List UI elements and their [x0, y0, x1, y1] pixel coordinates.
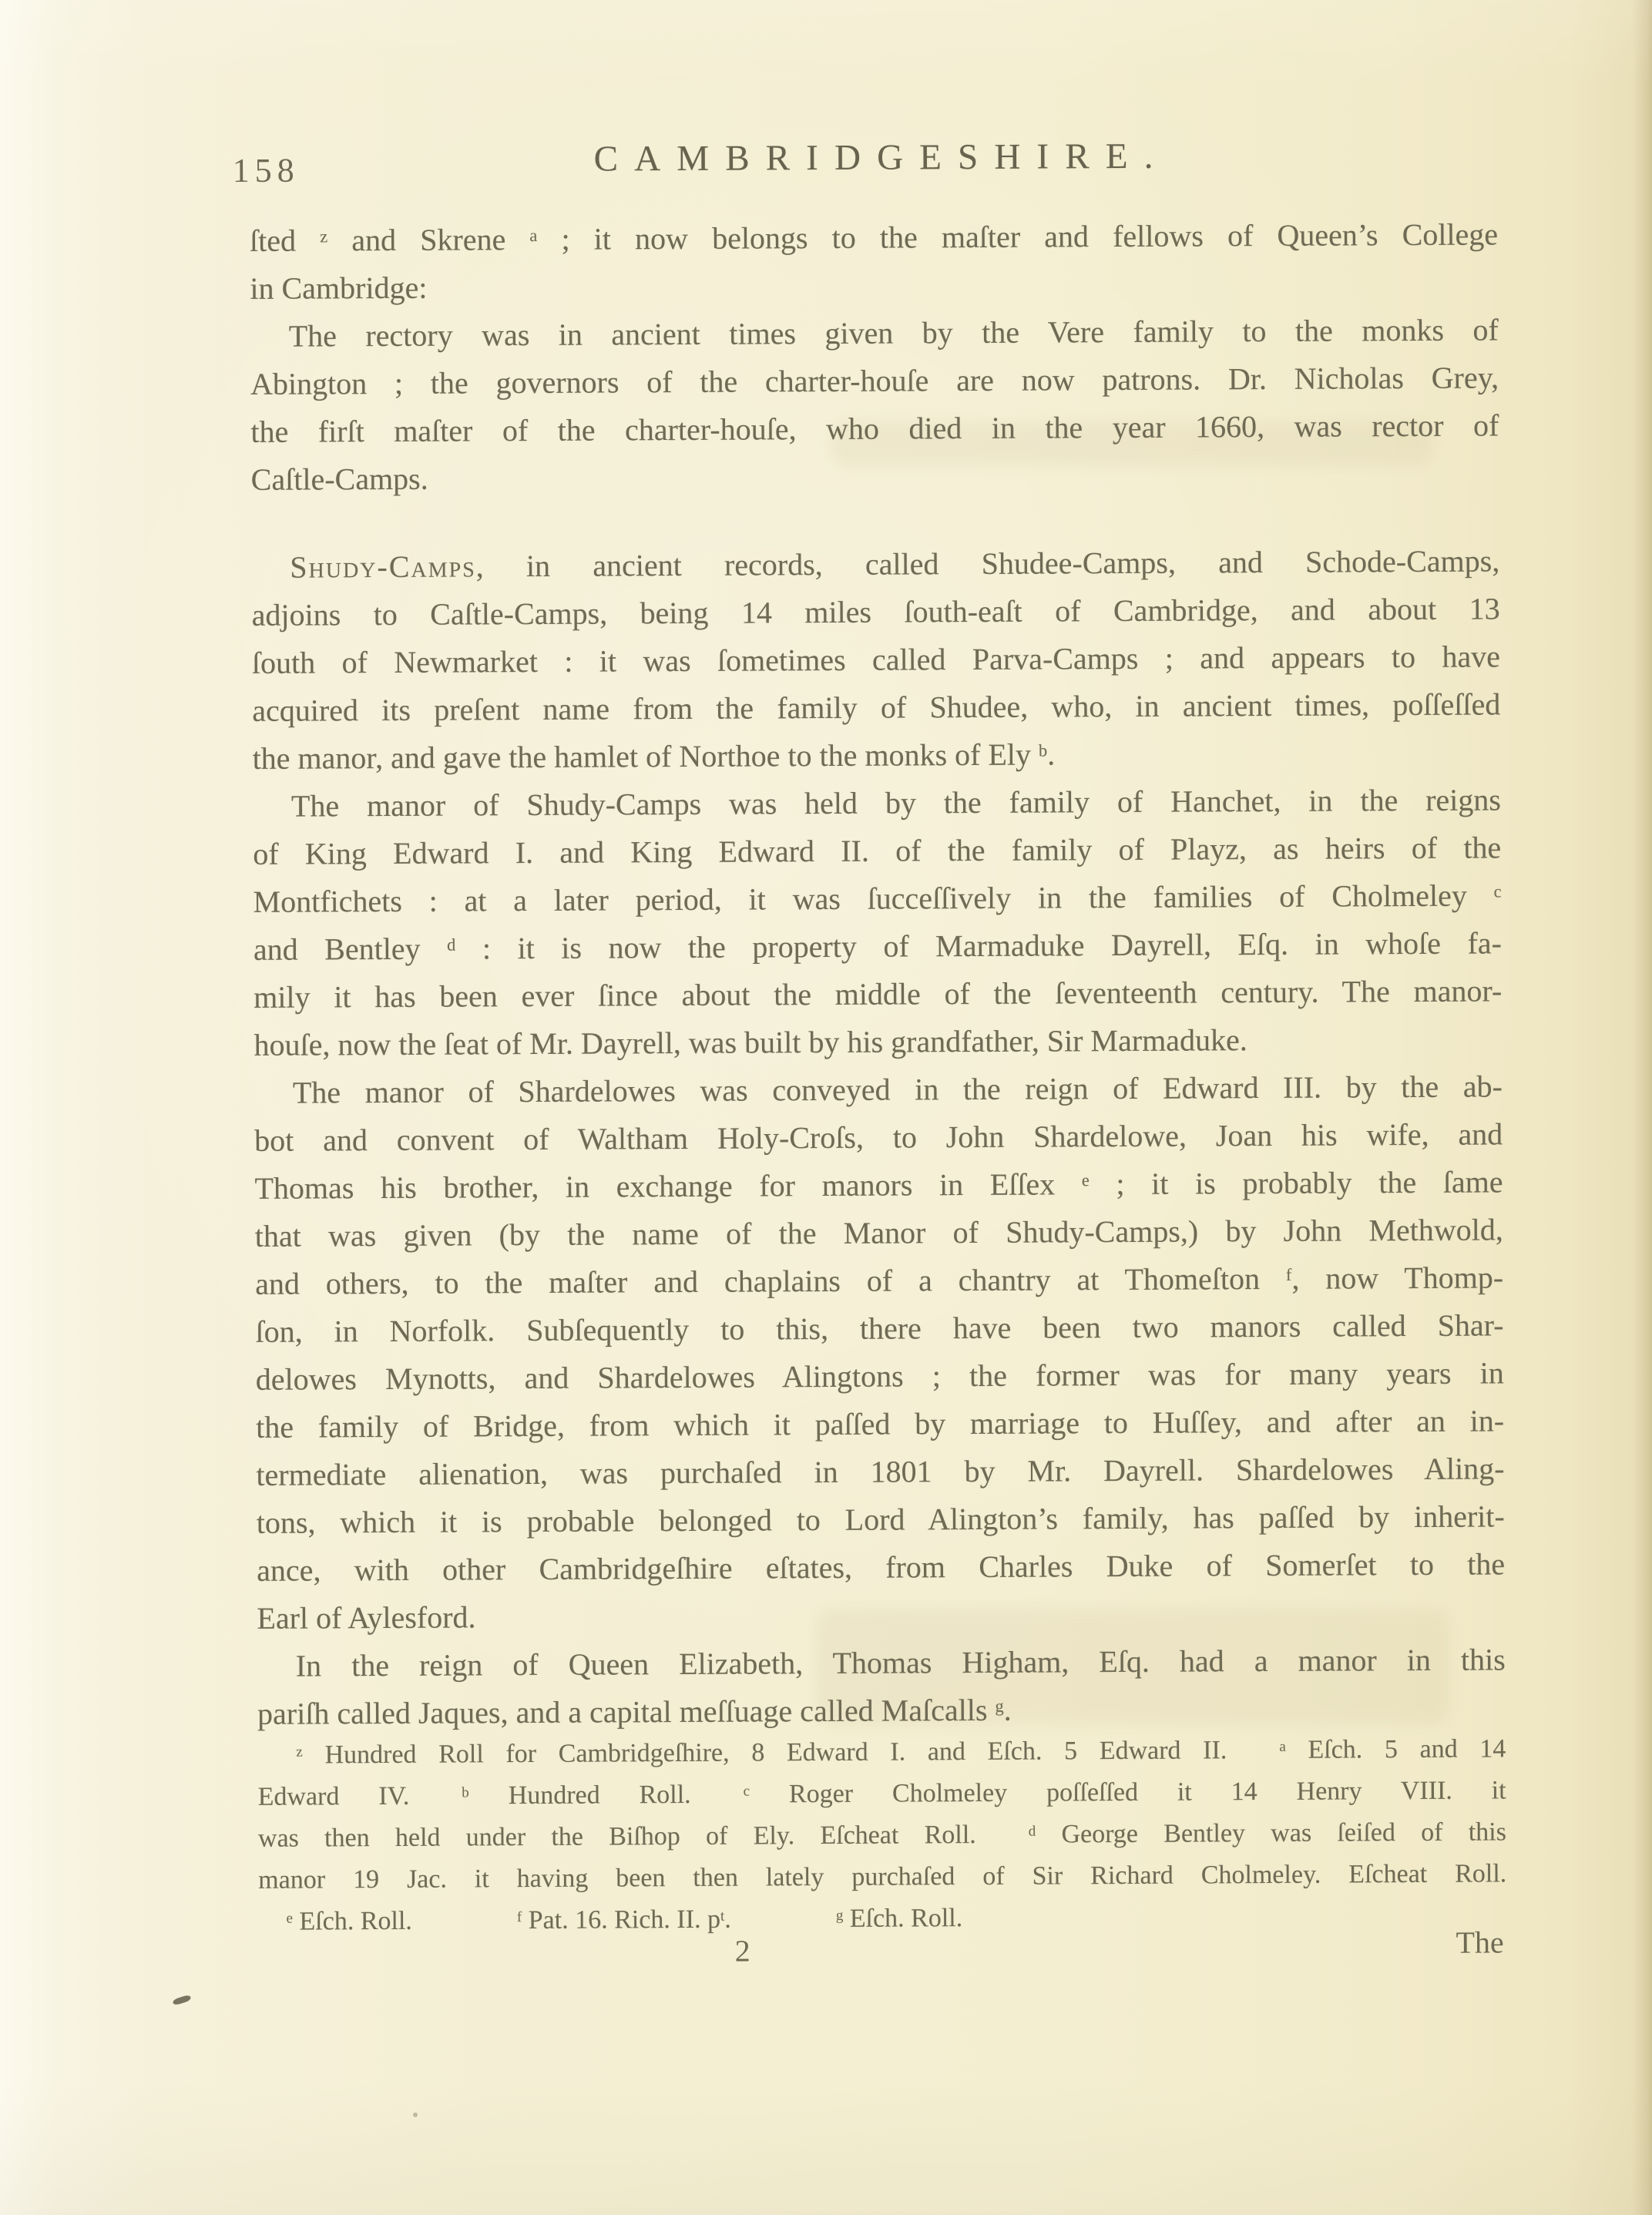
text-line: Shudy-Camps, in ancient records, called …	[251, 537, 1499, 591]
paragraph-shudy-camps: Shudy-Camps, in ancient records, called …	[251, 537, 1501, 782]
paper-speck	[413, 2113, 418, 2117]
text-line: The rectory was in ancient times given b…	[250, 306, 1499, 360]
text-line: and Bentley d : it is now the property o…	[254, 919, 1502, 973]
text-line: ſouth of Newmarket : it was ſometimes ca…	[252, 633, 1500, 686]
footnote-line: Edward IV. b Hundred Roll. c Roger Cholm…	[258, 1770, 1506, 1817]
signature-line: 2 The	[259, 1928, 1507, 1982]
running-title: CAMBRIDGESHIRE.	[249, 133, 1497, 181]
text-line: ſted z and Skrene a ; it now belongs to …	[250, 210, 1498, 264]
text-line: The manor of Shudy-Camps was held by the…	[253, 776, 1501, 830]
page-number: 158	[232, 151, 299, 190]
text-line: Thomas his brother, in exchange for mano…	[254, 1158, 1503, 1212]
catchword: The	[1456, 1924, 1503, 1960]
text-line: houſe, now the ſeat of Mr. Dayrell, was …	[254, 1015, 1502, 1069]
text-line: the firſt maſter of the charter-houſe, w…	[250, 401, 1499, 455]
text-line: adjoins to Caſtle-Camps, being 14 miles …	[251, 585, 1499, 639]
book-page-scan: 158 CAMBRIDGESHIRE. ſted z and Skrene a …	[0, 0, 1652, 2215]
text-line: tons, which it is probable belonged to L…	[257, 1492, 1505, 1546]
text-line: Abington ; the governors of the charter-…	[250, 354, 1499, 408]
text-line: bot and convent of Waltham Holy-Croſs, t…	[254, 1110, 1503, 1164]
text-line: of King Edward I. and King Edward II. of…	[253, 824, 1501, 878]
page-content: 158 CAMBRIDGESHIRE. ſted z and Skrene a …	[0, 0, 1652, 2215]
text-line: ance, with other Cambridgeſhire eſtates,…	[257, 1540, 1505, 1594]
text-line: the family of Bridge, from which it paſſ…	[256, 1397, 1504, 1451]
page-header: 158 CAMBRIDGESHIRE.	[249, 133, 1497, 193]
text-line: Caſtle-Camps.	[251, 449, 1499, 503]
paragraph-manor-shudy: The manor of Shudy-Camps was held by the…	[253, 776, 1503, 1069]
footnote-line: z Hundred Roll for Cambridgeſhire, 8 Edw…	[257, 1728, 1506, 1776]
paragraph-queen-elizabeth: In the reign of Queen Elizabeth, Thomas …	[257, 1636, 1506, 1737]
text-line: Earl of Aylesford.	[257, 1588, 1505, 1642]
text-line: that was given (by the name of the Manor…	[255, 1206, 1503, 1260]
paragraph-shardelowes: The manor of Shardelowes was conveyed in…	[254, 1062, 1506, 1642]
footnote-line: was then held under the Biſhop of Ely. E…	[258, 1811, 1506, 1859]
text-line: ſon, in Norfolk. Subſequently to this, t…	[255, 1301, 1503, 1355]
paragraph-continuation: ſted z and Skrene a ; it now belongs to …	[250, 210, 1499, 312]
text-line: Montfichets : at a later period, it was …	[253, 871, 1501, 925]
text-line: delowes Mynotts, and Shardelowes Alingto…	[256, 1349, 1504, 1403]
footnote-line: manor 19 Jac. it having been then lately…	[258, 1853, 1506, 1901]
text-line: and others, to the maſter and chaplains …	[255, 1253, 1503, 1307]
text-line: in Cambridge:	[250, 258, 1498, 312]
signature-mark: 2	[735, 1933, 750, 1969]
text-line: The manor of Shardelowes was conveyed in…	[254, 1062, 1503, 1116]
paragraph-rectory: The rectory was in ancient times given b…	[250, 306, 1499, 503]
text-line: acquired its preſent name from the famil…	[252, 680, 1500, 734]
text-line: mily it has been ever ſince about the mi…	[254, 967, 1502, 1021]
text-line: the manor, and gave the hamlet of Northo…	[252, 728, 1500, 782]
page-body: ſted z and Skrene a ; it now belongs to …	[250, 210, 1506, 1737]
text-line: termediate alienation, was purchaſed in …	[256, 1445, 1504, 1498]
text-line: In the reign of Queen Elizabeth, Thomas …	[257, 1636, 1506, 1690]
footnotes-block: z Hundred Roll for Cambridgeſhire, 8 Edw…	[257, 1728, 1506, 1942]
